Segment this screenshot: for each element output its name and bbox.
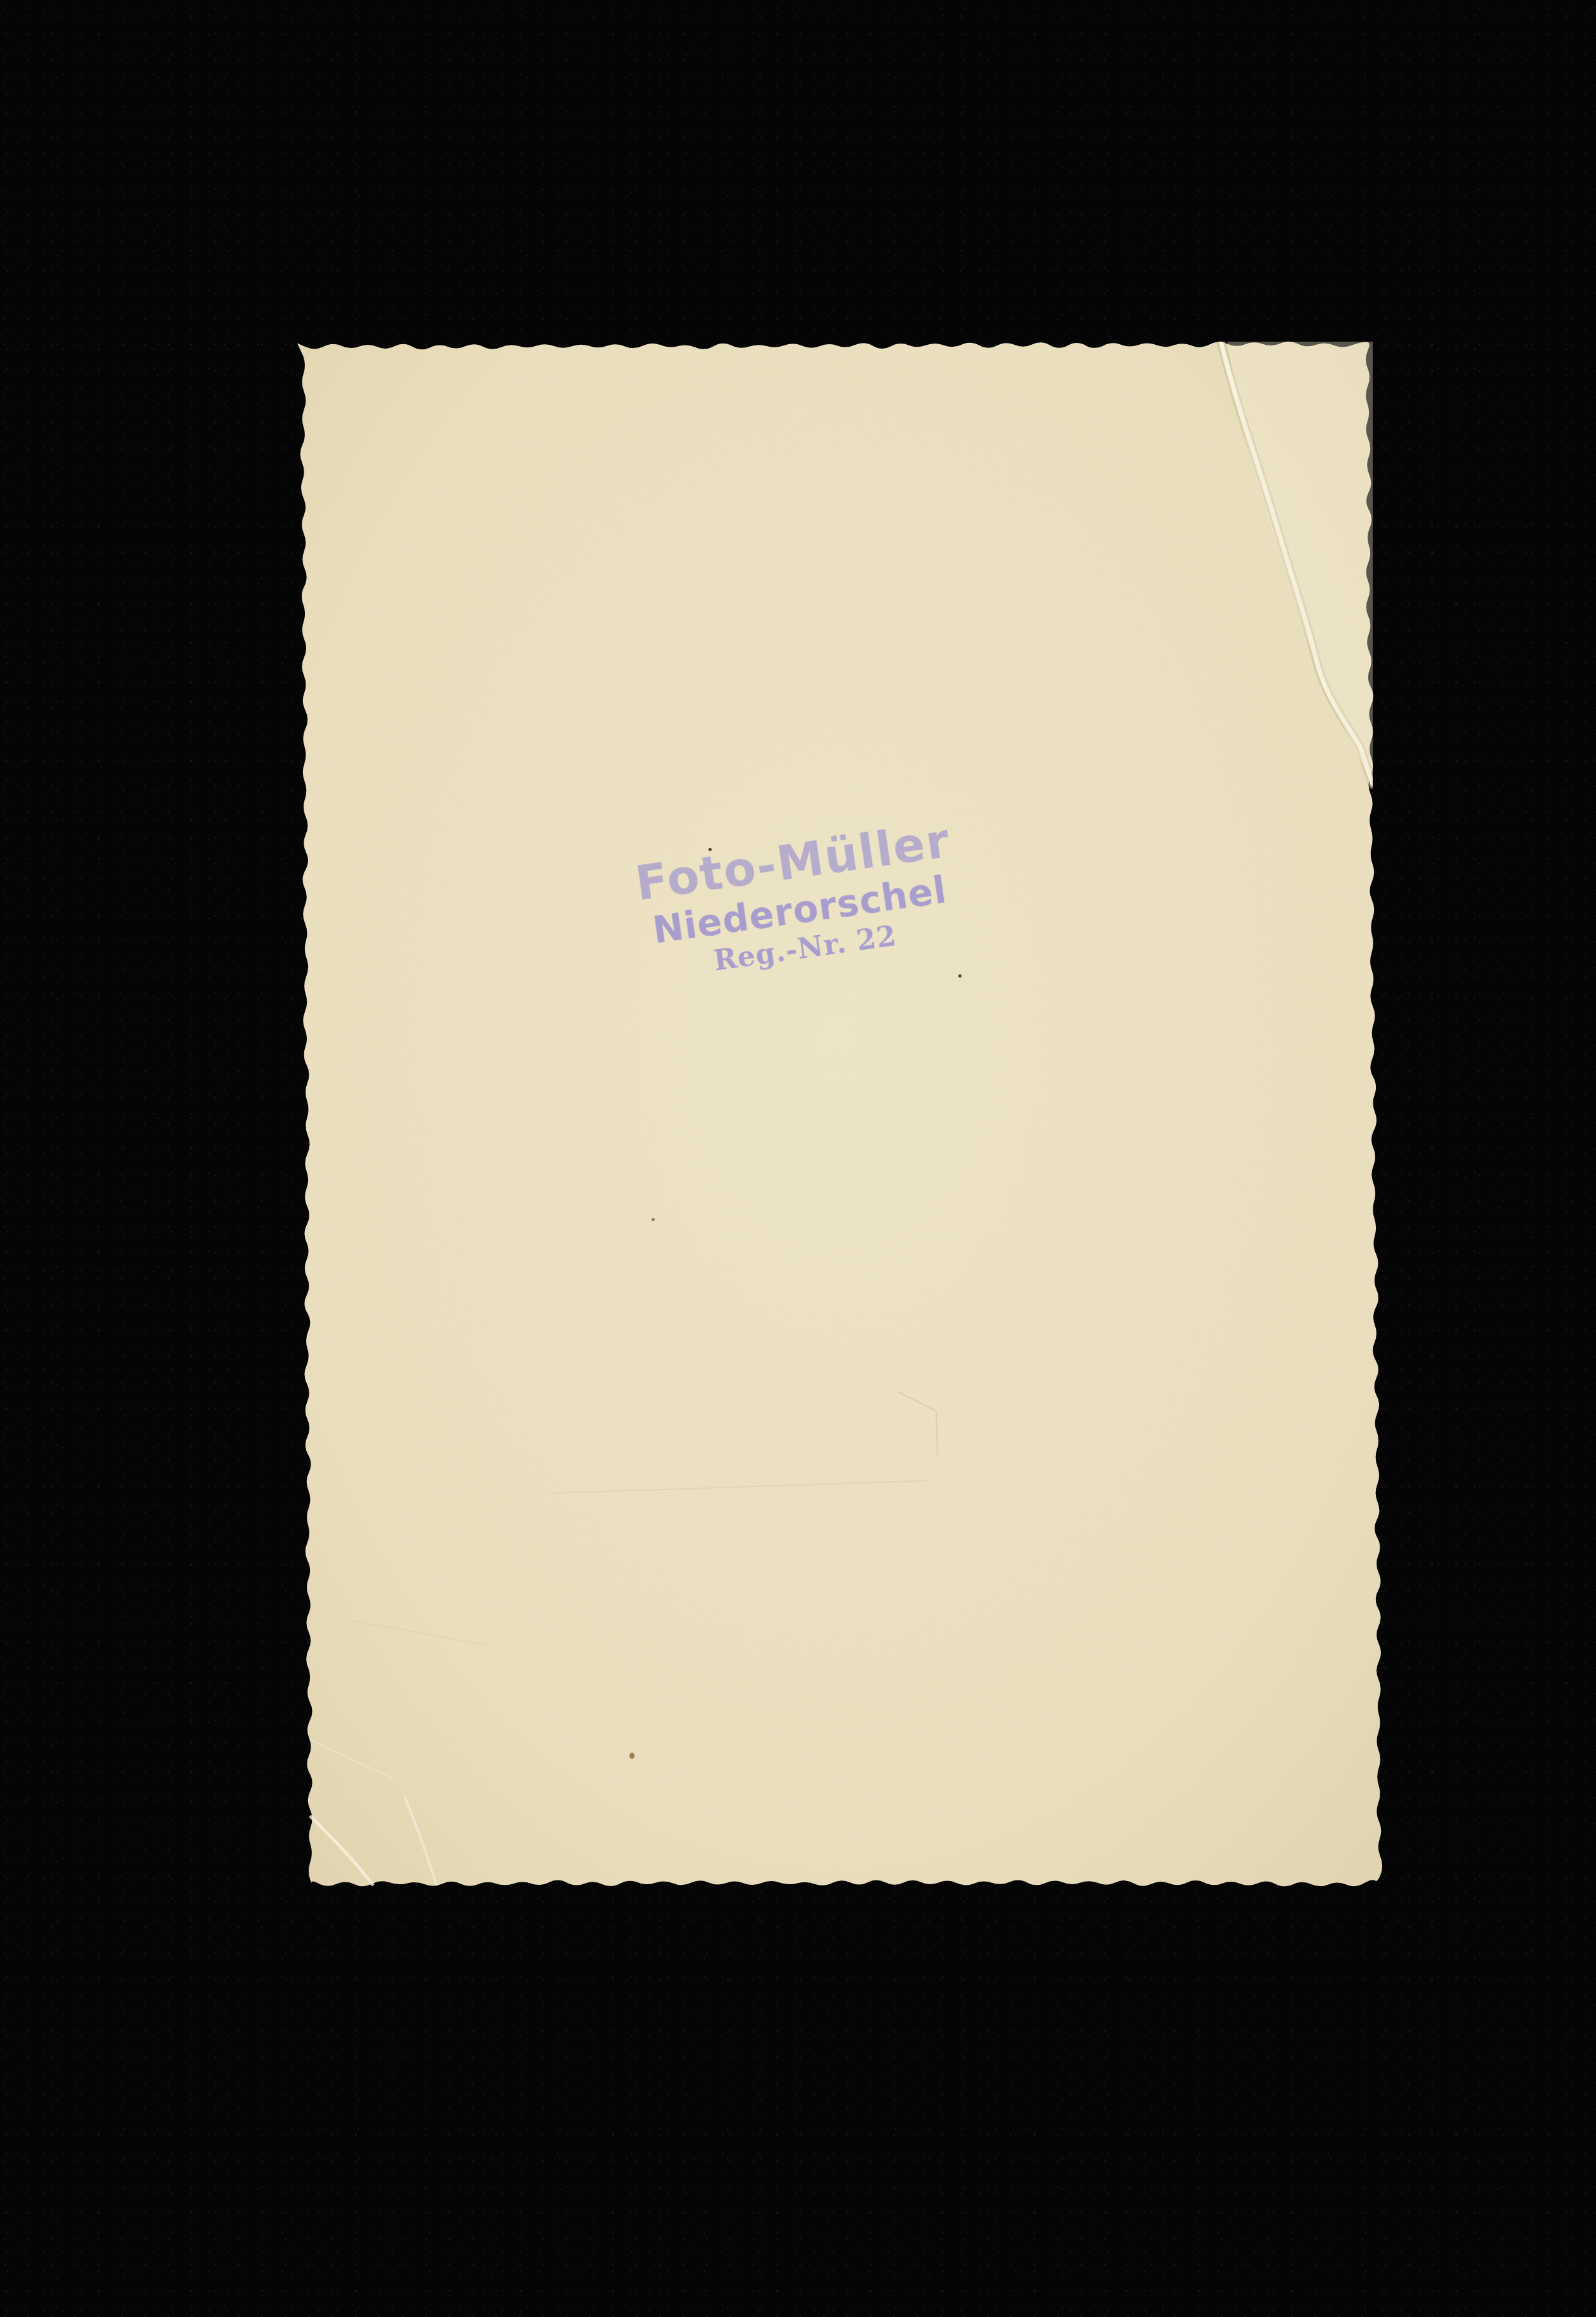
photo-card-back (297, 342, 1373, 1889)
paper-speck (652, 1218, 655, 1221)
paper-speck (629, 1753, 634, 1759)
deckled-paper (297, 342, 1373, 1889)
